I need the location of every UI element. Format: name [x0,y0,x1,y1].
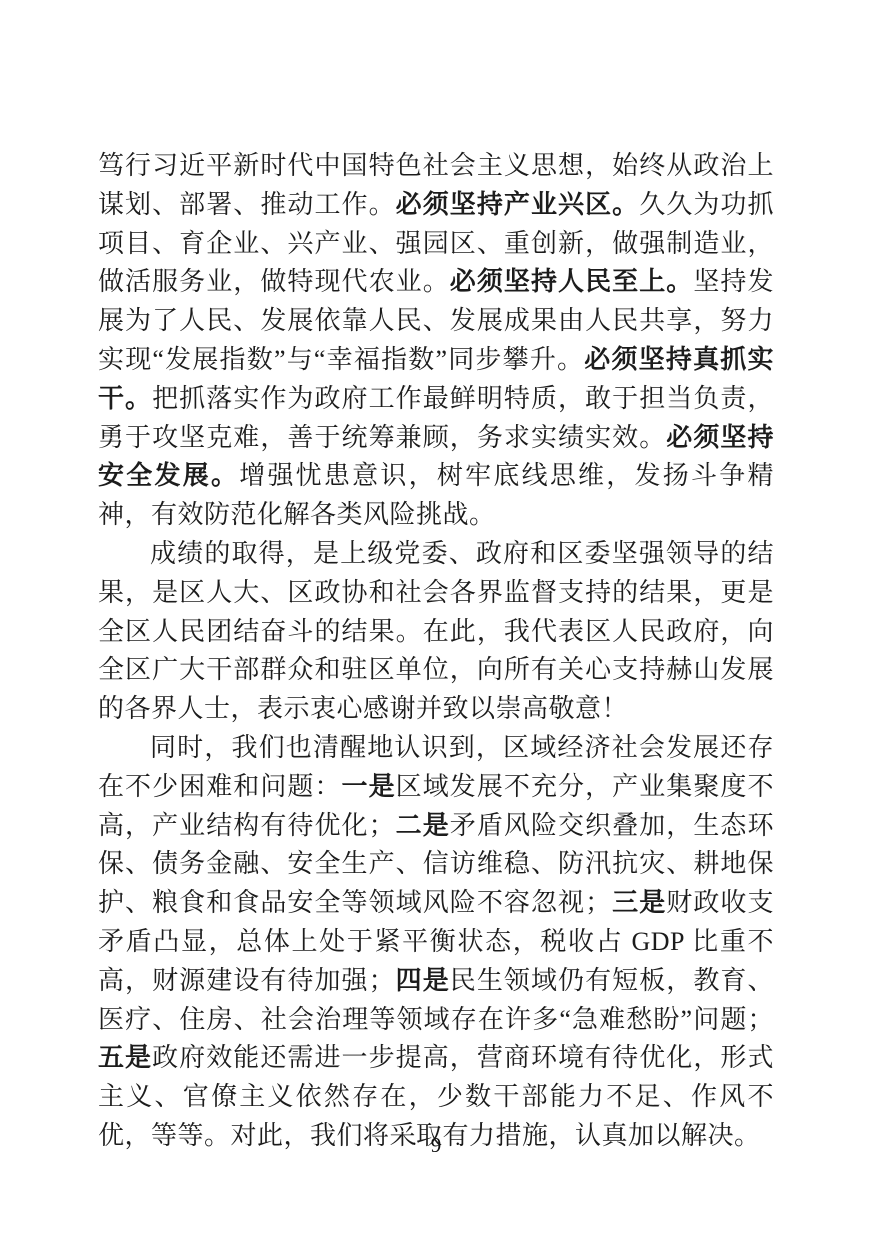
page-number: ·9· [0,1133,872,1158]
emphasis-text: 四是 [395,966,450,995]
page-number-dot-left: · [411,1132,418,1157]
emphasis-text: 三是 [612,888,667,917]
document-page: 笃行习近平新时代中国特色社会主义思想，始终从政治上谋划、部署、推动工作。必须坚持… [0,0,872,1234]
paragraph: 成绩的取得，是上级党委、政府和区委坚强领导的结果，是区人大、区政协和社会各界监督… [98,535,774,729]
paragraph: 笃行习近平新时代中国特色社会主义思想，始终从政治上谋划、部署、推动工作。必须坚持… [98,147,774,535]
page-number-dot-right: · [454,1132,461,1157]
emphasis-text: 二是 [395,811,450,840]
page-number-value: 9 [431,1133,442,1158]
emphasis-text: 五是 [98,1043,152,1072]
emphasis-text: 必须坚持人民至上。 [450,267,694,296]
paragraph: 同时，我们也清醒地认识到，区域经济社会发展还存在不少困难和问题：一是区域发展不充… [98,729,774,1156]
text-run: 成绩的取得，是上级党委、政府和区委坚强领导的结果，是区人大、区政协和社会各界监督… [98,539,774,723]
emphasis-text: 必须坚持产业兴区。 [396,190,640,219]
document-body: 笃行习近平新时代中国特色社会主义思想，始终从政治上谋划、部署、推动工作。必须坚持… [98,147,774,1156]
emphasis-text: 一是 [342,772,396,801]
